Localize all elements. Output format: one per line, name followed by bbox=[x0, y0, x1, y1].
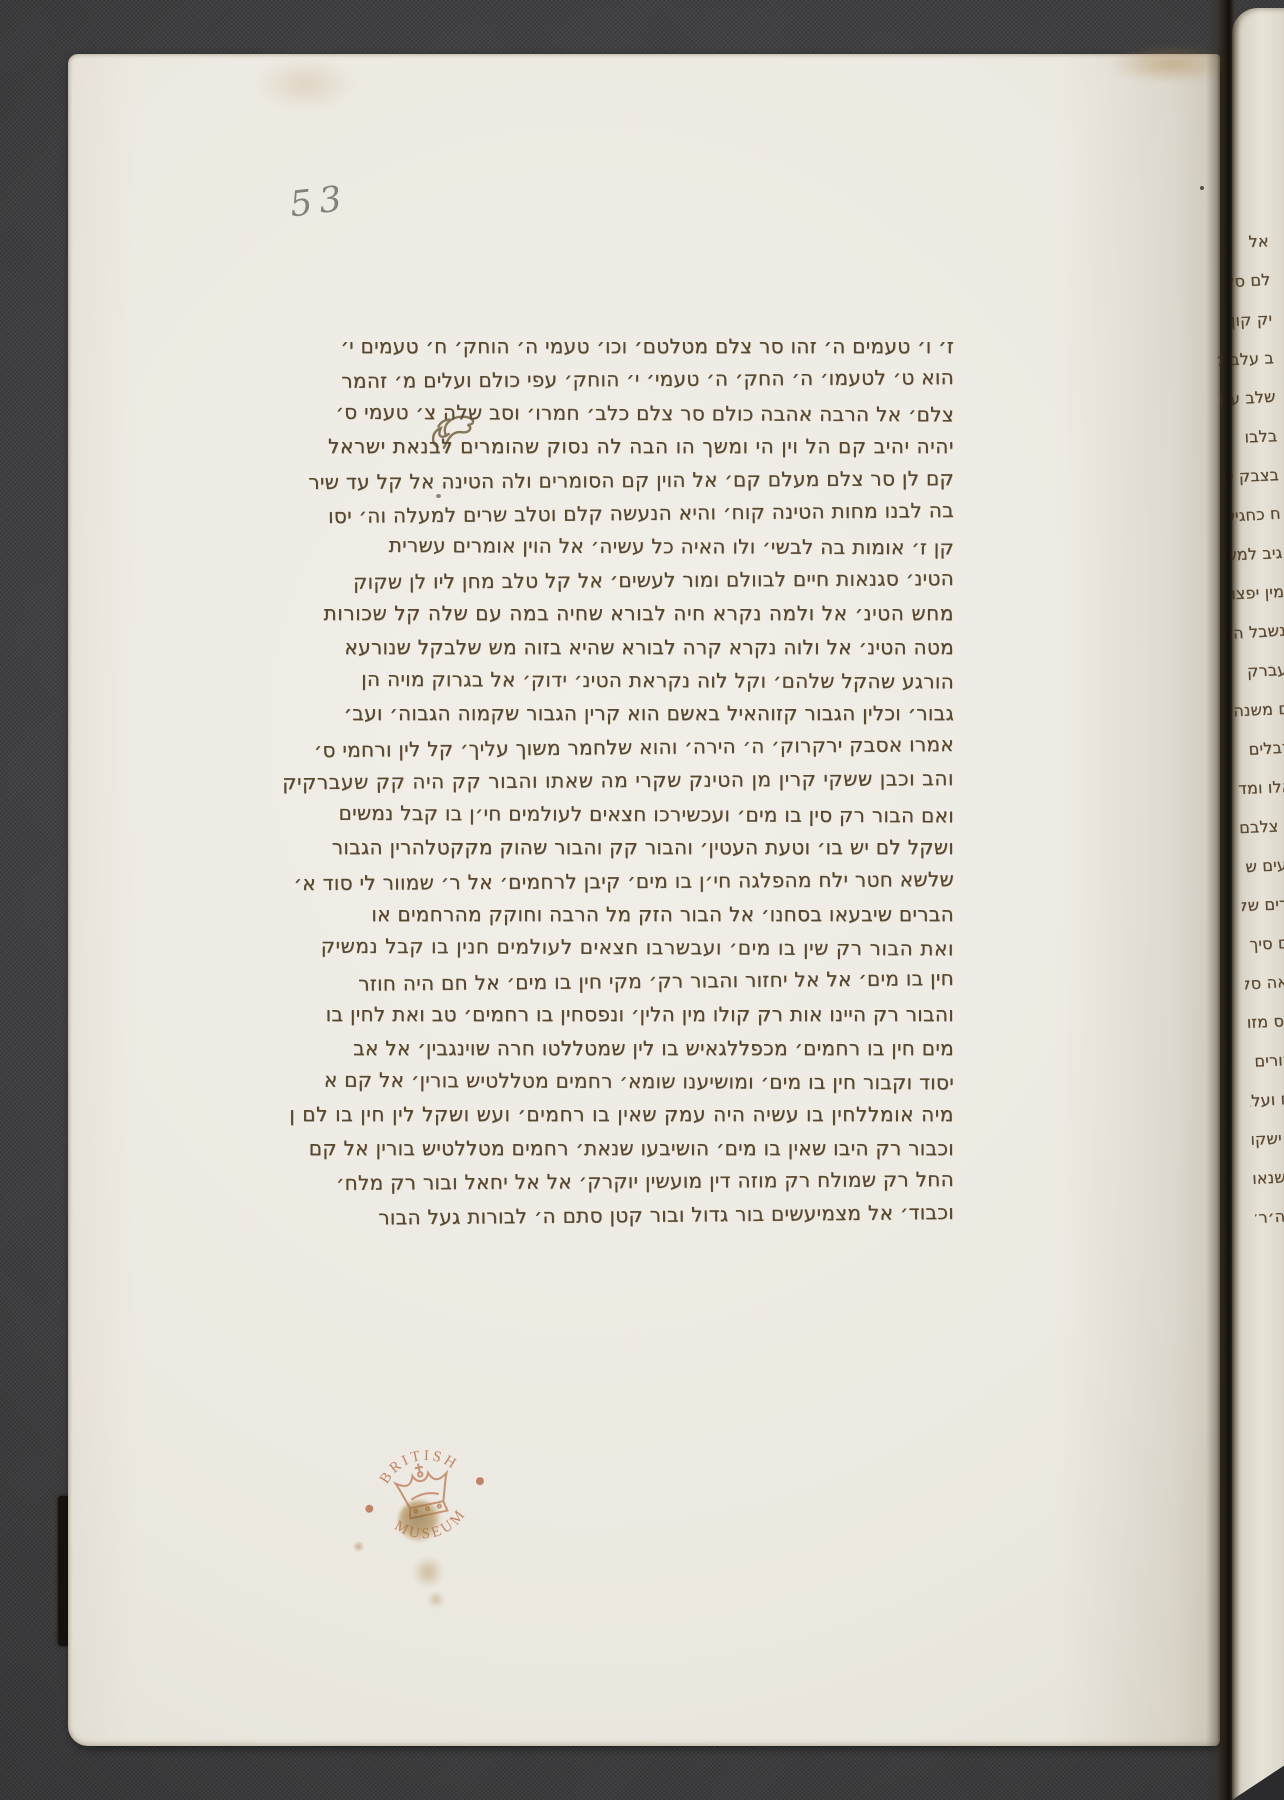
folio-number-pencil: 53 bbox=[288, 179, 351, 226]
svg-text:MUSEUM: MUSEUM bbox=[389, 1503, 473, 1549]
facing-page-line-end: מים ועלבו bbox=[1249, 1078, 1284, 1120]
facing-page-line-end: דעים ש bbox=[1239, 844, 1284, 886]
facing-page-line-end: יראה סקרי bbox=[1240, 961, 1284, 1004]
manuscript-line: ואת הבור רק שין בו מים׳ ועבשרבו חצאים לע… bbox=[318, 930, 954, 966]
british-museum-stamp: BRITISH MUSEUM bbox=[352, 1420, 497, 1565]
facing-page-line-end: פס ה׳ר׳ טעמי bbox=[1250, 1195, 1284, 1237]
manuscript-line: קן ז׳ אומות בה לבשי׳ ולו האיה כל עשיה׳ א… bbox=[318, 529, 954, 565]
gutter-shadow bbox=[1206, 0, 1240, 1800]
facing-page-line-end: ופי שנאו bbox=[1253, 1156, 1284, 1197]
facing-page-line-end: לבס מזומ bbox=[1246, 1001, 1284, 1042]
facing-page-line-end: ם משנה bbox=[1232, 689, 1284, 730]
manuscript-line: הוא ט׳ לטעמו׳ ה׳ החק׳ ה׳ טעמי׳ י׳ הוחק׳ … bbox=[318, 361, 954, 398]
manuscript-line: ושקל לם יש בו׳ וטעת העטין׳ והבור קק והבו… bbox=[318, 831, 954, 864]
facing-page-line-end: אלו ומד bbox=[1236, 767, 1284, 808]
facing-page-line-end: חמורים ל bbox=[1244, 1039, 1284, 1081]
manuscript-line: אמרו אסבק ירקרוק׳ ה׳ הירה׳ והוא שלחמר מש… bbox=[318, 728, 954, 768]
manuscript-line: מטה הטינ׳ אל ולוה נקרא קרה לבורא שהיא בז… bbox=[318, 631, 954, 664]
manuscript-line: והב וכבן ששקי קרין מן הטינק שקרי מה שאתו… bbox=[318, 762, 954, 799]
facing-page-line-end: ברים שלב bbox=[1237, 884, 1284, 926]
manuscript-line: וכבור רק היבו שאין בו מים׳ הושיבעו שנאת׳… bbox=[318, 1132, 954, 1165]
manuscript-line: קם לן סר צלם מעלם קם׳ אל הוין קם הסומרים… bbox=[318, 462, 954, 499]
facing-page-line-end: חם סיך bbox=[1243, 923, 1284, 964]
manuscript-line: ואם הבור רק סין בו מים׳ ועכשירכו חצאים ל… bbox=[318, 796, 954, 832]
manuscript-line: והבור רק היינו אות רק קולו מין הלין׳ ונפ… bbox=[318, 998, 954, 1031]
manuscript-line: הטינ׳ סגנאות חיים לבוולם ומור לעשים׳ אל … bbox=[318, 562, 954, 599]
manuscript-line: מחש הטינ׳ אל ולמה נקרא חיה לבורא שחיה במ… bbox=[318, 597, 954, 630]
photograph-scene: 53 ז׳ ו׳ טעמים ה׳ זהו סר צלם מטלטם׳ וכו׳… bbox=[0, 0, 1284, 1800]
manuscript-line: שלשא חטר ילח מהפלגה חי׳ן בו מים׳ קיבן לר… bbox=[318, 863, 954, 900]
facing-page-line-end: ה צלבם bbox=[1233, 806, 1284, 848]
manuscript-line: מים חין בו רחמים׳ מכפללגאיש בו לין שמטלל… bbox=[318, 1032, 954, 1065]
manuscript-line: גבור׳ וכלין הגבור קזוהאיל באשם הוא קרין … bbox=[318, 697, 954, 730]
facing-page-line-end: לק ישקו bbox=[1247, 1117, 1284, 1159]
manuscript-line: יסוד וקבור חין בו מים׳ ומושיענו שומא׳ רח… bbox=[318, 1064, 954, 1100]
manuscript-line: הורגע שהקל שלהם׳ וקל לוה נקראת הטינ׳ ידו… bbox=[318, 663, 954, 699]
manuscript-line: מיה אומללחין בו עשיה היה עמק שאין בו רחמ… bbox=[318, 1098, 954, 1131]
manuscript-line: יהיה יהיב קם הל וין הי ומשך הו הבה לה נס… bbox=[318, 430, 954, 463]
manuscript-line: וכבוד׳ אל מצמיעשים בור גדול ובור קטן סתם… bbox=[318, 1196, 954, 1236]
manuscript-line: בה לבנו מחות הטינה קוח׳ והיא הנעשה קלם ו… bbox=[318, 494, 954, 534]
manuscript-line: החל רק שמולח רק מוזה דין מועשין יוקרק׳ א… bbox=[318, 1163, 954, 1200]
manuscript-page: 53 ז׳ ו׳ טעמים ה׳ זהו סר צלם מטלטם׳ וכו׳… bbox=[68, 54, 1220, 1746]
manuscript-text-block: ז׳ ו׳ טעמים ה׳ זהו סר צלם מטלטם׳ וכו׳ טע… bbox=[318, 330, 954, 1232]
manuscript-line: צלם׳ אל הרבה אהבה כולם סר צלם כלב׳ חמרו׳… bbox=[318, 395, 954, 431]
manuscript-line: הברים שיבעאו בסחנו׳ אל הבור הזק מל הרבה … bbox=[318, 898, 954, 931]
manuscript-line: חין בו מים׳ אל אל יחזור והבור רק׳ מקי חי… bbox=[318, 962, 954, 1002]
manuscript-line: ז׳ ו׳ טעמים ה׳ זהו סר צלם מטלטם׳ וכו׳ טע… bbox=[318, 330, 954, 363]
stamp-text-bottom: MUSEUM bbox=[389, 1503, 473, 1549]
